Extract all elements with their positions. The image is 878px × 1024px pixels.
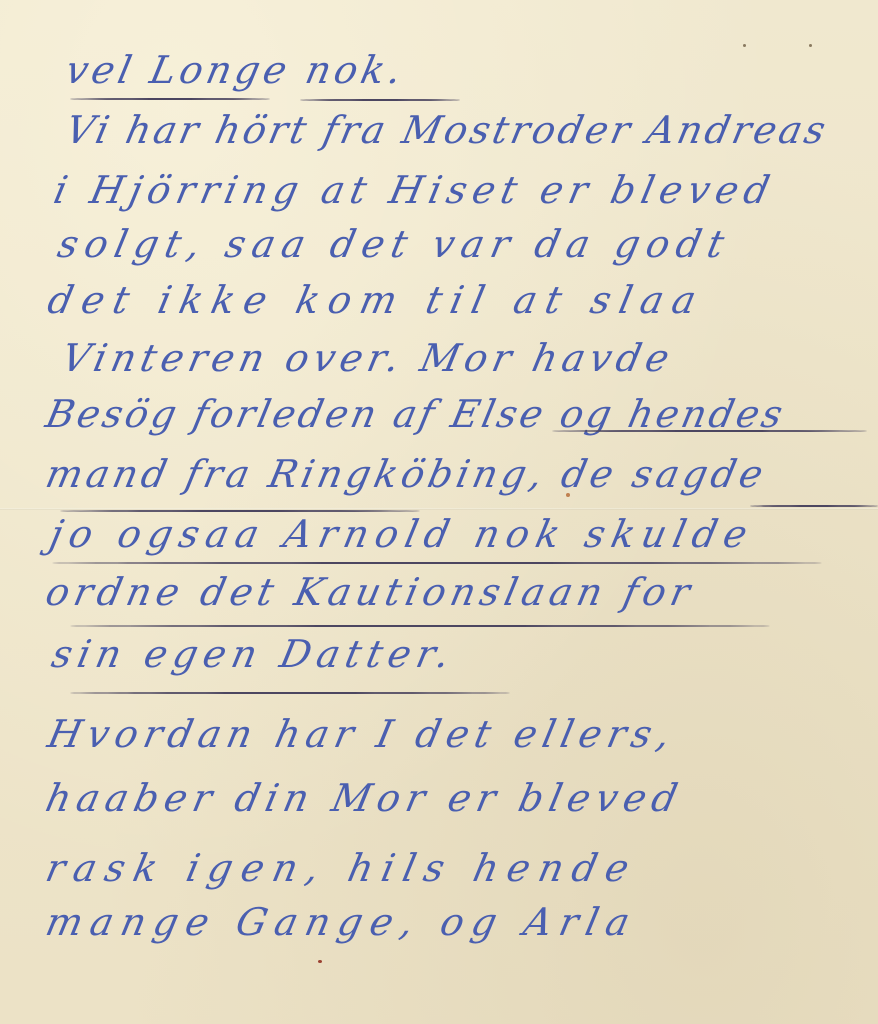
paper-speck <box>566 493 570 497</box>
paper-speck <box>809 44 812 47</box>
letter-line: haaber din Mor er bleved <box>42 776 687 820</box>
letter-line: sin egen Datter. <box>48 632 460 676</box>
underline <box>52 562 822 564</box>
letter-line: Vinteren over. Mor havde <box>58 336 678 380</box>
paper-speck <box>318 960 322 963</box>
underline <box>300 99 460 101</box>
letter-line: jo ogsaa Arnold nok skulde <box>46 512 758 556</box>
letter-page: vel Longe nok. Vi har hört fra Mostroder… <box>0 0 878 1024</box>
letter-line: Vi har hört fra Mostroder Andreas <box>62 108 832 152</box>
letter-line: det ikke kom til at slaa <box>44 278 709 322</box>
letter-line: solgt, saa det var da godt <box>54 222 735 266</box>
letter-line: mand fra Ringköbing, de sagde <box>42 452 771 496</box>
paper-speck <box>743 44 746 47</box>
underline <box>70 625 770 627</box>
letter-line: vel Longe nok. <box>62 48 409 92</box>
letter-line: mange Gange, og Arla <box>42 900 642 944</box>
letter-line: rask igen, hils hende <box>42 846 642 890</box>
underline <box>70 98 270 100</box>
underline <box>750 505 878 507</box>
underline <box>70 692 510 694</box>
letter-line: ordne det Kautionslaan for <box>42 570 699 614</box>
underline <box>60 510 420 512</box>
underline <box>552 430 867 432</box>
letter-line: i Hjörring at Hiset er bleved <box>50 168 779 212</box>
letter-line: Hvordan har I det ellers, <box>44 712 680 756</box>
